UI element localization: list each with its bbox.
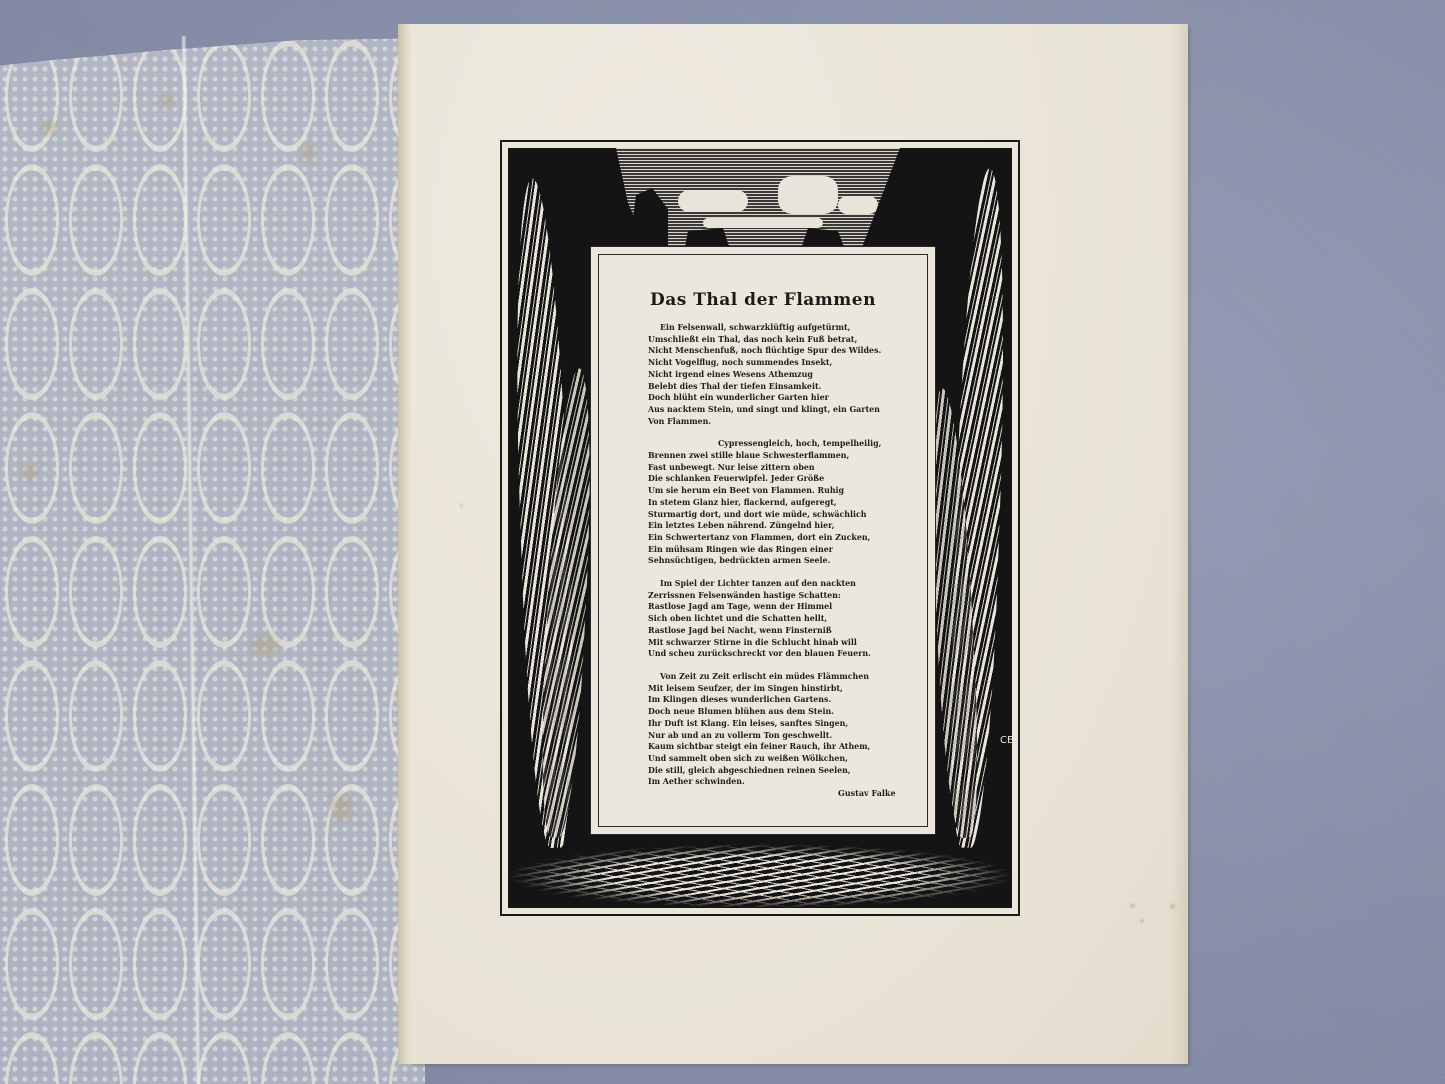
poem-line: Von Flammen.	[648, 416, 918, 428]
tissue-stain	[250, 634, 280, 656]
cloud	[778, 176, 838, 214]
poem-line: Cypressengleich, hoch, tempelheilig,	[648, 438, 918, 450]
poem-line: Belebt dies Thal der tiefen Einsamkeit.	[648, 381, 918, 393]
poem-line: Fast unbewegt. Nur leise zittern oben	[648, 462, 918, 474]
poem-line: Umschließt ein Thal, das noch kein Fuß b…	[648, 334, 918, 346]
poem-line: Nicht Vogelflug, noch summendes Insekt,	[648, 357, 918, 369]
poem-line: Rastlose Jagd am Tage, wenn der Himmel	[648, 601, 918, 613]
poem-line: Im Spiel der Lichter tanzen auf den nack…	[648, 578, 918, 590]
poem-line: Die still, gleich abgeschiednen reinen S…	[648, 765, 918, 777]
poem-line: Aus nacktem Stein, und singt und klingt,…	[648, 404, 918, 416]
poem-line: Um sie herum ein Beet von Flammen. Ruhig	[648, 485, 918, 497]
poem-line: Mit leisem Seufzer, der im Singen hinsti…	[648, 683, 918, 695]
stanza-3: Im Spiel der Lichter tanzen auf den nack…	[648, 578, 918, 660]
poem-body: Ein Felsenwall, schwarzklüftig aufgetürm…	[648, 322, 918, 799]
poem-line: Von Zeit zu Zeit erlischt ein müdes Fläm…	[648, 671, 918, 683]
stanza-1: Ein Felsenwall, schwarzklüftig aufgetürm…	[648, 322, 918, 427]
poem-line: Und scheu zurückschreckt vor den blauen …	[648, 648, 918, 660]
poem-line: Ein letztes Leben nährend. Züngelnd hier…	[648, 520, 918, 532]
flames-bottom	[508, 828, 1012, 908]
poem-line: Doch neue Blumen blühen aus dem Stein.	[648, 706, 918, 718]
poem-line: Kaum sichtbar steigt ein feiner Rauch, i…	[648, 741, 918, 753]
foxing-spot	[1130, 904, 1135, 908]
tissue-stain	[160, 94, 174, 108]
poem-line: Im Aether schwinden.	[648, 776, 918, 788]
tissue-stain	[330, 794, 352, 822]
poem-title: Das Thal der Flammen	[598, 290, 928, 310]
poem-line: Sturmartig dort, und dort wie müde, schw…	[648, 509, 918, 521]
poem-line: Mit schwarzer Stirne in die Schlucht hin…	[648, 637, 918, 649]
stanza-4: Von Zeit zu Zeit erlischt ein müdes Fläm…	[648, 671, 918, 788]
poem-line: Ein mühsam Ringen wie das Ringen einer	[648, 544, 918, 556]
poem-line: Zerrissnen Felsenwänden hastige Schatten…	[648, 590, 918, 602]
poem-line: Im Klingen dieses wunderlichen Gartens.	[648, 694, 918, 706]
tissue-stain	[300, 144, 316, 162]
poem-line: In stetem Glanz hier, flackernd, aufgere…	[648, 497, 918, 509]
poem-line: Und sammelt oben sich zu weißen Wölkchen…	[648, 753, 918, 765]
poem-line: Brennen zwei stille blaue Schwesterflamm…	[648, 450, 918, 462]
cloud	[703, 218, 823, 228]
poem-line: Nicht irgend eines Wesens Athemzug	[648, 369, 918, 381]
cloud	[838, 196, 878, 214]
poem-line: Ein Felsenwall, schwarzklüftig aufgetürm…	[648, 322, 918, 334]
poem-line: Nicht Menschenfuß, noch flüchtige Spur d…	[648, 345, 918, 357]
tissue-stain	[40, 119, 58, 135]
tissue-guard-sheet	[0, 34, 425, 1084]
poem-line: Rastlose Jagd bei Nacht, wenn Finsterniß	[648, 625, 918, 637]
foxing-spot	[460, 504, 463, 507]
poem-line: Sehnsüchtigen, bedrückten armen Seele.	[648, 555, 918, 567]
poem-line: Ihr Duft ist Klang. Ein leises, sanftes …	[648, 718, 918, 730]
stanza-2: Cypressengleich, hoch, tempelheilig, Bre…	[648, 438, 918, 567]
poem-line: Sich oben lichtet und die Schatten hellt…	[648, 613, 918, 625]
artist-monogram: CE	[1000, 735, 1013, 746]
poem-line: Nur ab und an zu vollerm Ton geschwellt.	[648, 730, 918, 742]
poem-line: Ein Schwertertanz von Flammen, dort ein …	[648, 532, 918, 544]
tissue-stain	[20, 464, 38, 480]
poem-author: Gustav Falke	[838, 788, 896, 798]
poem-line: Die schlanken Feuerwipfel. Jeder Größe	[648, 473, 918, 485]
cloud	[678, 190, 748, 212]
poem-line: Doch blüht ein wunderlicher Garten hier	[648, 392, 918, 404]
page-edge-shadow	[1172, 24, 1188, 1064]
foxing-spot	[1140, 919, 1144, 923]
